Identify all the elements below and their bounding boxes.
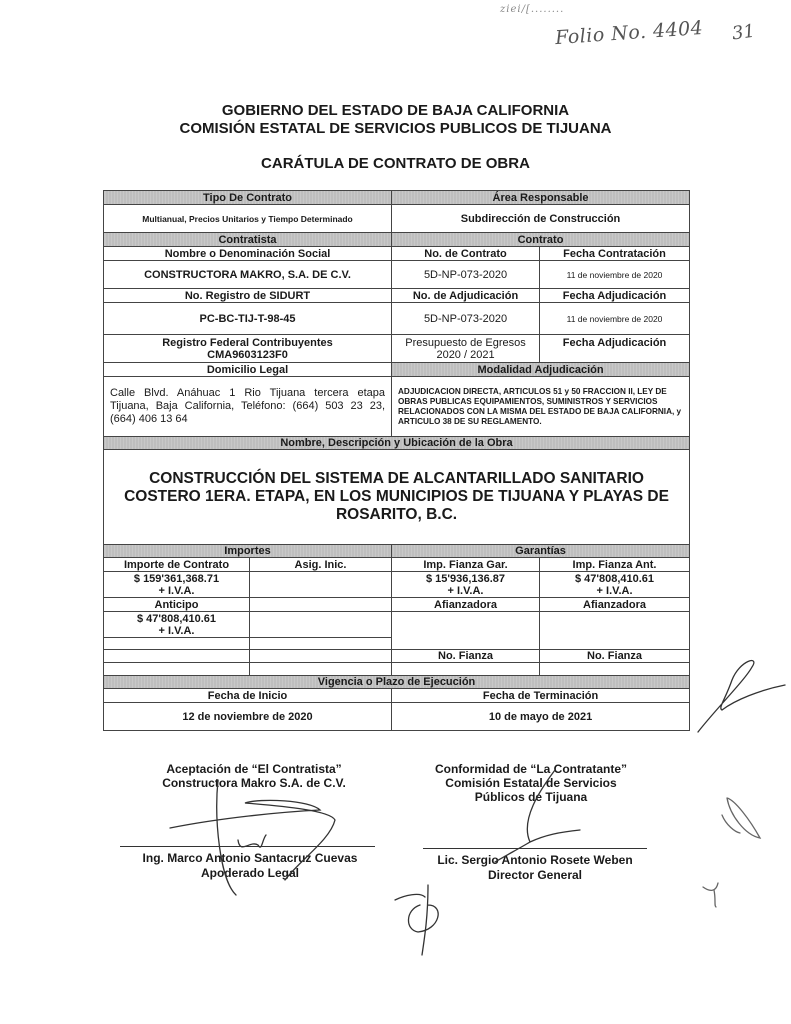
no-fianza-ant-label: No. Fianza [540, 650, 690, 663]
folio-number: Folio No. 4404 [554, 17, 704, 49]
importe-contrato-value: $ 159'361,368.71 + I.V.A. [104, 572, 250, 598]
termino-label: Fecha de Terminación [392, 689, 690, 703]
no-fianza-gar-label: No. Fianza [392, 650, 540, 663]
presupuesto-value: 2020 / 2021 [396, 349, 535, 361]
afianzadora-ant-value [540, 612, 690, 650]
obra-description: CONSTRUCCIÓN DEL SISTEMA DE ALCANTARILLA… [104, 450, 690, 545]
no-contrato-value: 5D-NP-073-2020 [392, 261, 540, 289]
fecha-adjudicacion-value: 11 de noviembre de 2020 [540, 303, 690, 335]
contratante-org-line1: Comisión Estatal de Servicios [403, 776, 659, 790]
garantias-header: Garantías [392, 545, 690, 558]
no-adjudicacion-value: 5D-NP-073-2020 [392, 303, 540, 335]
tipo-contrato-header: Tipo De Contrato [104, 191, 392, 205]
initial-mark-right-bottom [703, 883, 718, 907]
anticipo-label: Anticipo [104, 598, 250, 612]
contratante-conformity-title: Conformidad de “La Contratante” [403, 762, 659, 776]
modalidad-value: ADJUDICACION DIRECTA, ARTICULOS 51 y 50 … [392, 377, 690, 437]
domicilio-value: Calle Blvd. Anáhuac 1 Rio Tijuana tercer… [104, 377, 392, 437]
fianza-gar-amount: $ 15'936,136.87 [396, 573, 535, 585]
rfc-value: CMA9603123F0 [108, 349, 387, 361]
fianza-ant-amount: $ 47'808,410.61 [544, 573, 685, 585]
empty-cell [104, 650, 250, 663]
inicio-label: Fecha de Inicio [104, 689, 392, 703]
no-contrato-label: No. de Contrato [392, 247, 540, 261]
top-scribble: ziei/[........ [500, 4, 564, 15]
vigencia-header: Vigencia o Plazo de Ejecución [104, 676, 690, 689]
page-number: 31 [731, 21, 757, 45]
contratante-conformity: Conformidad de “La Contratante” Comisión… [403, 762, 659, 804]
rfc-cell: Registro Federal Contribuyentes CMA96031… [104, 335, 392, 363]
presupuesto-cell: Presupuesto de Egresos 2020 / 2021 [392, 335, 540, 363]
empty-cell [104, 663, 250, 676]
contratista-signer-role: Apoderado Legal [110, 866, 390, 881]
empty-cell [104, 638, 250, 650]
afianzadora-gar-value [392, 612, 540, 650]
contratista-acceptance-title: Aceptación de “El Contratista” [118, 762, 390, 776]
sidurt-value: PC-BC-TIJ-T-98-45 [104, 303, 392, 335]
fecha-contratacion-value: 11 de noviembre de 2020 [540, 261, 690, 289]
fianza-ant-label: Imp. Fianza Ant. [540, 558, 690, 572]
contratante-signer: Lic. Sergio Antonio Rosete Weben Directo… [413, 853, 657, 883]
contratista-signature-line [120, 846, 375, 847]
contratante-org-line2: Públicos de Tijuana [403, 790, 659, 804]
contratista-company: Constructora Makro S.A. de C.V. [118, 776, 390, 790]
asig-inic-label: Asig. Inic. [250, 558, 392, 572]
contratante-signer-role: Director General [413, 868, 657, 883]
importe-contrato-amount: $ 159'361,368.71 [108, 573, 245, 585]
initial-mark-right-middle [722, 798, 760, 838]
area-responsable-header: Área Responsable [392, 191, 690, 205]
nombre-label: Nombre o Denominación Social [104, 247, 392, 261]
no-adjudicacion-label: No. de Adjudicación [392, 289, 540, 303]
contratista-acceptance: Aceptación de “El Contratista” Construct… [118, 762, 390, 790]
area-responsable-value: Subdirección de Construcción [392, 205, 690, 233]
asig-inic-value [250, 572, 392, 598]
empty-cell [250, 598, 392, 612]
no-fianza-gar-value [392, 663, 540, 676]
initial-mark-center [395, 885, 438, 955]
fianza-ant-value: $ 47'808,410.61 + I.V.A. [540, 572, 690, 598]
empty-cell [250, 650, 392, 663]
sidurt-label: No. Registro de SIDURT [104, 289, 392, 303]
importes-header: Importes [104, 545, 392, 558]
initial-mark-right-top [698, 661, 785, 732]
empty-cell [250, 638, 392, 650]
contratista-signer-name: Ing. Marco Antonio Santacruz Cuevas [110, 851, 390, 866]
commission-name: COMISIÓN ESTATAL DE SERVICIOS PUBLICOS D… [0, 120, 791, 138]
contrato-header: Contrato [392, 233, 690, 247]
document-header: GOBIERNO DEL ESTADO DE BAJA CALIFORNIA C… [0, 102, 791, 138]
no-fianza-ant-value [540, 663, 690, 676]
government-name: GOBIERNO DEL ESTADO DE BAJA CALIFORNIA [0, 102, 791, 120]
importe-contrato-label: Importe de Contrato [104, 558, 250, 572]
presupuesto-label: Presupuesto de Egresos [396, 337, 535, 349]
fianza-gar-value: $ 15'936,136.87 + I.V.A. [392, 572, 540, 598]
empty-cell [250, 663, 392, 676]
nombre-value: CONSTRUCTORA MAKRO, S.A. DE C.V. [104, 261, 392, 289]
fianza-gar-iva: + I.V.A. [396, 585, 535, 597]
anticipo-iva: + I.V.A. [108, 625, 245, 637]
rfc-label: Registro Federal Contribuyentes [108, 337, 387, 349]
document-title: CARÁTULA DE CONTRATO DE OBRA [0, 155, 791, 172]
termino-value: 10 de mayo de 2021 [392, 703, 690, 731]
contratante-signer-name: Lic. Sergio Antonio Rosete Weben [413, 853, 657, 868]
empty-cell [250, 612, 392, 638]
fecha-contratacion-label: Fecha Contratación [540, 247, 690, 261]
modalidad-header: Modalidad Adjudicación [392, 363, 690, 377]
contratista-signer: Ing. Marco Antonio Santacruz Cuevas Apod… [110, 851, 390, 881]
importe-contrato-iva: + I.V.A. [108, 585, 245, 597]
fecha-adjudicacion2-label: Fecha Adjudicación [540, 335, 690, 363]
anticipo-value: $ 47'808,410.61 + I.V.A. [104, 612, 250, 638]
tipo-contrato-value: Multianual, Precios Unitarios y Tiempo D… [104, 205, 392, 233]
fianza-gar-label: Imp. Fianza Gar. [392, 558, 540, 572]
fianza-ant-iva: + I.V.A. [544, 585, 685, 597]
anticipo-amount: $ 47'808,410.61 [108, 613, 245, 625]
obra-header: Nombre, Descripción y Ubicación de la Ob… [104, 437, 690, 450]
afianzadora-ant-label: Afianzadora [540, 598, 690, 612]
contratista-header: Contratista [104, 233, 392, 247]
fecha-adjudicacion-label: Fecha Adjudicación [540, 289, 690, 303]
contract-cover-table: Tipo De Contrato Área Responsable Multia… [103, 190, 690, 731]
afianzadora-gar-label: Afianzadora [392, 598, 540, 612]
inicio-value: 12 de noviembre de 2020 [104, 703, 392, 731]
domicilio-label: Domicilio Legal [104, 363, 392, 377]
contratante-signature-line [423, 848, 647, 849]
